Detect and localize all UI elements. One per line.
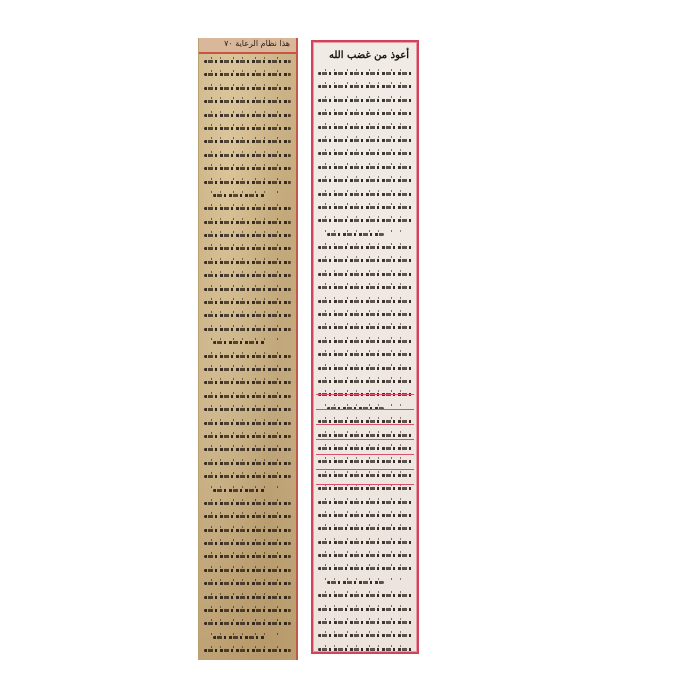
handwriting-line xyxy=(204,592,291,603)
grid-row xyxy=(316,439,414,455)
handwriting-line xyxy=(318,523,412,534)
handwriting-line xyxy=(204,498,291,509)
handwriting-line xyxy=(204,538,291,549)
grid-row xyxy=(316,409,414,425)
handwriting-line xyxy=(204,337,291,348)
handwriting-line xyxy=(204,110,291,121)
right-header-text: أعوذ من غضب الله xyxy=(329,50,409,61)
handwriting-line xyxy=(204,418,291,429)
handwriting-line xyxy=(204,243,291,254)
handwriting-line xyxy=(204,351,291,362)
handwriting-line xyxy=(318,644,412,654)
handwriting-line xyxy=(204,578,291,589)
handwriting-line xyxy=(204,471,291,482)
handwriting-line xyxy=(204,364,291,375)
handwriting-line xyxy=(204,458,291,469)
handwriting-line xyxy=(318,590,412,601)
handwriting-line xyxy=(318,363,412,374)
handwriting-line xyxy=(318,122,412,133)
handwriting-line xyxy=(204,284,291,295)
handwriting-line xyxy=(204,391,291,402)
handwriting-line xyxy=(204,618,291,629)
handwriting-line xyxy=(204,163,291,174)
handwriting-line xyxy=(204,56,291,67)
handwriting-line xyxy=(318,255,412,266)
handwriting-line xyxy=(204,257,291,268)
handwriting-line xyxy=(318,189,412,200)
grid-row xyxy=(316,394,414,410)
handwriting-line xyxy=(318,296,412,307)
handwriting-line xyxy=(204,190,291,201)
handwriting-line xyxy=(318,550,412,561)
handwriting-line xyxy=(204,177,291,188)
handwriting-line xyxy=(204,511,291,522)
handwriting-line xyxy=(318,577,412,588)
handwriting-line xyxy=(318,510,412,521)
handwriting-line xyxy=(204,565,291,576)
handwriting-line xyxy=(318,95,412,106)
handwriting-line xyxy=(318,68,412,79)
handwriting-line xyxy=(204,377,291,388)
handwriting-line xyxy=(318,215,412,226)
handwriting-line xyxy=(204,270,291,281)
grid-row xyxy=(316,424,414,440)
handwriting-line xyxy=(318,322,412,333)
handwriting-line xyxy=(318,336,412,347)
handwriting-line xyxy=(204,525,291,536)
handwriting-line xyxy=(318,202,412,213)
handwriting-line xyxy=(318,349,412,360)
handwriting-line xyxy=(204,230,291,241)
handwriting-line xyxy=(204,297,291,308)
handwriting-line xyxy=(318,242,412,253)
handwriting-line xyxy=(318,617,412,628)
handwriting-line xyxy=(318,269,412,280)
handwriting-line xyxy=(318,135,412,146)
left-manuscript-strip: هذا نظام الرعاية ٧٠ xyxy=(198,38,298,660)
grid-row xyxy=(316,469,414,485)
handwriting-line xyxy=(204,551,291,562)
right-manuscript-strip: أعوذ من غضب الله xyxy=(311,40,419,654)
handwriting-line xyxy=(318,604,412,615)
handwriting-line xyxy=(318,282,412,293)
handwriting-line xyxy=(204,444,291,455)
handwriting-line xyxy=(204,203,291,214)
handwriting-line xyxy=(204,404,291,415)
handwriting-line xyxy=(204,605,291,616)
handwriting-line xyxy=(204,83,291,94)
handwriting-line xyxy=(204,632,291,643)
handwriting-line xyxy=(318,81,412,92)
handwriting-line xyxy=(318,162,412,173)
handwriting-line xyxy=(204,645,291,656)
right-handwriting-lines xyxy=(318,68,412,654)
handwriting-line xyxy=(318,376,412,387)
handwriting-line xyxy=(318,537,412,548)
handwriting-line xyxy=(318,630,412,641)
handwriting-line xyxy=(204,431,291,442)
handwriting-line xyxy=(318,229,412,240)
handwriting-line xyxy=(204,324,291,335)
handwriting-line xyxy=(318,497,412,508)
handwriting-line xyxy=(204,136,291,147)
handwriting-line xyxy=(204,485,291,496)
grid-row xyxy=(316,454,414,470)
handwriting-line xyxy=(204,217,291,228)
left-header-band: هذا نظام الرعاية ٧٠ xyxy=(199,38,296,54)
handwriting-line xyxy=(204,123,291,134)
handwriting-line xyxy=(204,150,291,161)
left-header-text: هذا نظام الرعاية ٧٠ xyxy=(224,39,290,48)
handwriting-line xyxy=(318,175,412,186)
handwriting-line xyxy=(318,148,412,159)
handwriting-line xyxy=(204,69,291,80)
handwriting-line xyxy=(204,310,291,321)
handwriting-line xyxy=(318,309,412,320)
left-handwriting-lines xyxy=(204,56,291,660)
handwriting-line xyxy=(318,108,412,119)
handwriting-line xyxy=(204,659,291,660)
handwriting-line xyxy=(204,96,291,107)
handwriting-line xyxy=(318,563,412,574)
